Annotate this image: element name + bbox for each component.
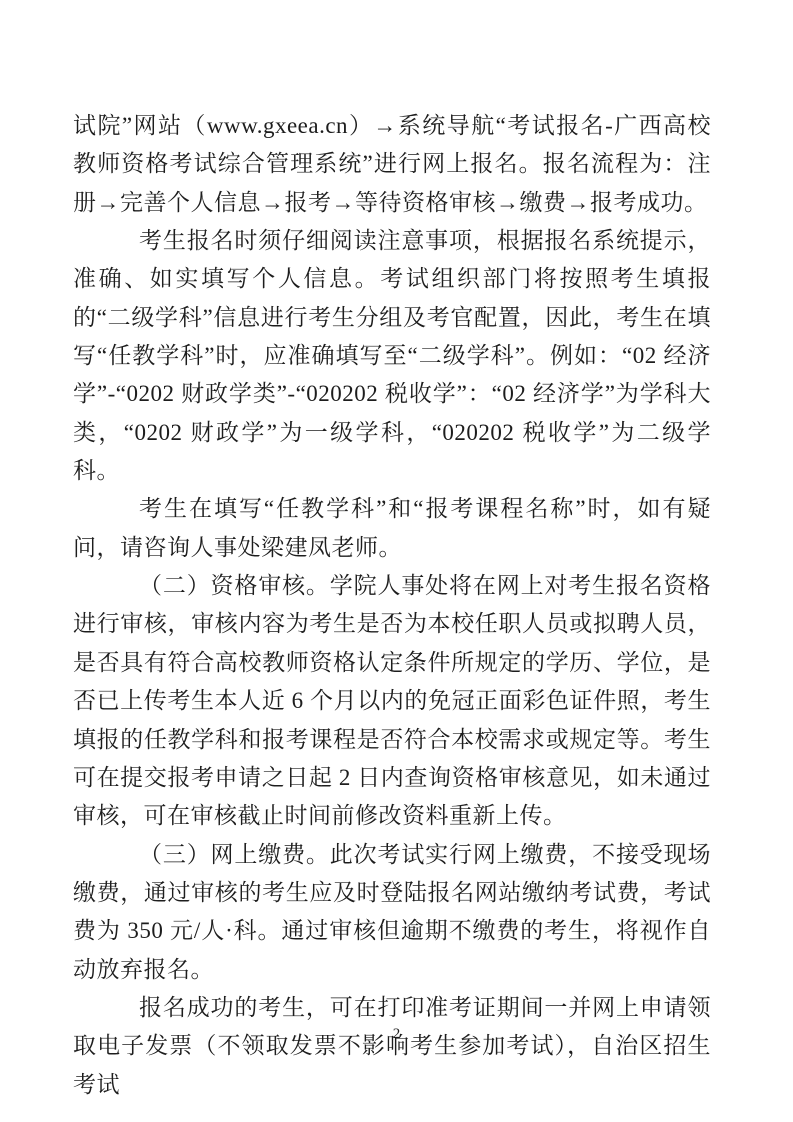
paragraph: 试院”网站（www.gxeea.cn）→系统导航“考试报名-广西高校教师资格考试… bbox=[73, 107, 711, 222]
paragraph: 报名成功的考生，可在打印准考证期间一并网上申请领取电子发票（不领取发票不影响考生… bbox=[73, 989, 711, 1104]
page-number: 2 bbox=[0, 1026, 793, 1043]
paragraph: 考生报名时须仔细阅读注意事项，根据报名系统提示，准确、如实填写个人信息。考试组织… bbox=[73, 222, 711, 490]
document-body: 试院”网站（www.gxeea.cn）→系统导航“考试报名-广西高校教师资格考试… bbox=[73, 107, 711, 1104]
document-page: 试院”网站（www.gxeea.cn）→系统导航“考试报名-广西高校教师资格考试… bbox=[0, 0, 793, 1122]
paragraph: （三）网上缴费。此次考试实行网上缴费，不接受现场缴费，通过审核的考生应及时登陆报… bbox=[73, 836, 711, 989]
paragraph: 考生在填写“任教学科”和“报考课程名称”时，如有疑问，请咨询人事处梁建凤老师。 bbox=[73, 490, 711, 567]
paragraph: （二）资格审核。学院人事处将在网上对考生报名资格进行审核，审核内容为考生是否为本… bbox=[73, 567, 711, 835]
